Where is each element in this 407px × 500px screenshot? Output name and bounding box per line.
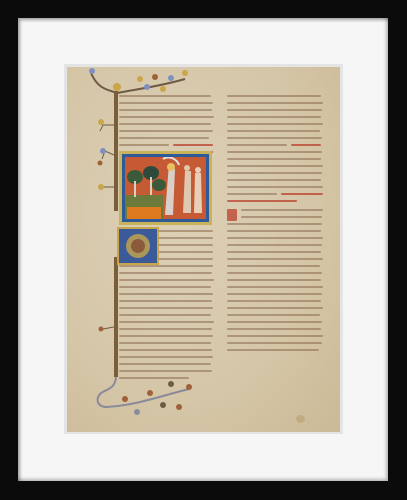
parchment-stain (296, 415, 305, 423)
decorated-initial (117, 227, 159, 265)
picture-frame (0, 0, 407, 500)
right-column-text (227, 95, 325, 355)
miniature-scene (125, 157, 206, 219)
miniature-painting (119, 151, 212, 225)
manuscript-page (67, 67, 340, 432)
